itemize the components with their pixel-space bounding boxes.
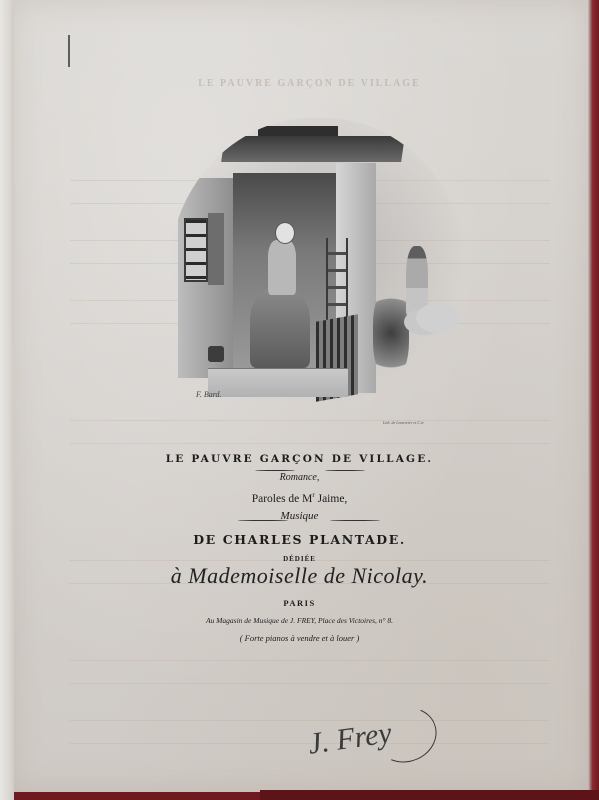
roof: [221, 136, 405, 162]
flourish-left: [255, 470, 295, 471]
lyricist-name: Jaime,: [318, 493, 348, 505]
artist-signature: F. Bard.: [196, 390, 222, 399]
bleed-through-staff: [70, 420, 550, 444]
bleed-through-staff: [70, 660, 550, 684]
music-label: Musique: [0, 510, 599, 522]
binding-right: [588, 0, 599, 800]
dedication-label: DÉDIÉE: [0, 555, 599, 563]
binding-bottom: [260, 790, 599, 800]
binding-left: [0, 0, 14, 800]
shrub: [373, 288, 409, 378]
margin-mark: [68, 35, 70, 67]
publisher-address: Au Magasin de Musique de J. FREY, Place …: [0, 616, 599, 625]
genre-label: Romance,: [0, 472, 599, 483]
dedication-text: à Mademoiselle de Nicolay.: [0, 563, 599, 589]
lyrics-superscript: r: [312, 491, 314, 499]
flourish-right: [325, 470, 365, 471]
doorstep: [208, 368, 348, 397]
illustration-vignette: [168, 118, 468, 408]
publisher-note: ( Forte pianos à vendre et à louer ): [0, 633, 599, 643]
composer-name: DE CHARLES PLANTADE.: [0, 532, 599, 547]
flourish-right: [330, 520, 380, 521]
woman-figure-body: [268, 240, 296, 295]
woman-figure-head: [275, 222, 295, 244]
pot: [208, 346, 224, 362]
woman-figure-dress: [250, 288, 310, 368]
lyrics-credit: Paroles de Mr Jaime,: [0, 491, 599, 505]
window: [184, 218, 208, 282]
printer-credit: Lith. de Lemercier et C.ie: [383, 420, 424, 425]
song-title: LE PAUVRE GARÇON DE VILLAGE.: [0, 453, 599, 465]
sheep: [416, 303, 460, 333]
publication-city: PARIS: [0, 598, 599, 608]
lyrics-prefix: Paroles de M: [252, 493, 313, 505]
shutter: [208, 213, 224, 285]
bleed-through-title: LE PAUVRE GARÇON DE VILLAGE: [10, 78, 599, 89]
